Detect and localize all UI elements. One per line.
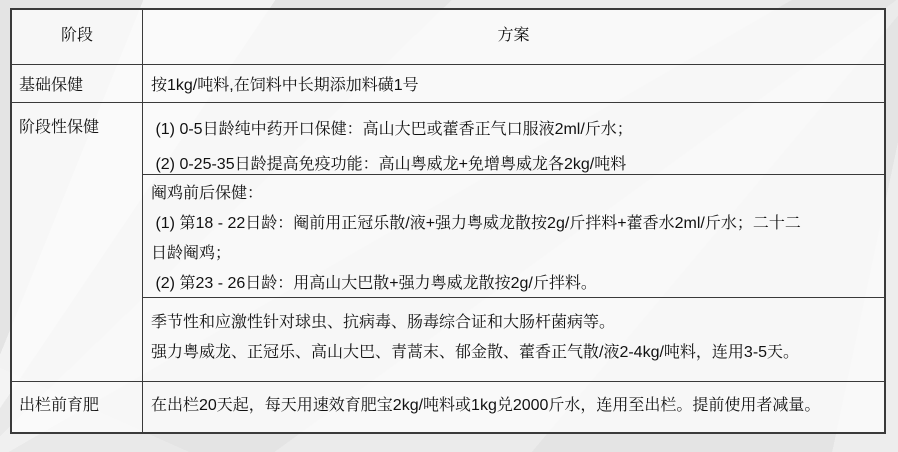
plan-cell-seasonal-care: 季节性和应激性针对球虫、抗病毒、肠毒综合证和大肠杆菌病等。 强力粤威龙、正冠乐、… [142, 297, 884, 381]
plan-text: 按1kg/吨料,在饲料中长期添加料磺1号 [151, 72, 419, 95]
stage-cell-fattening: 出栏前育肥 [12, 381, 142, 432]
plan-text-line: (1) 第18 - 22日龄：阉前用正冠乐散/液+强力粤威龙散按2g/斤拌料+藿… [151, 209, 876, 239]
plan-text-line: 阉鸡前后保健： [151, 179, 876, 209]
stage-cell-staged-care: 阶段性保健 [12, 102, 142, 381]
plan-text-line: 强力粤威龙、正冠乐、高山大巴、青蒿末、郁金散、藿香正气散/液2-4kg/吨料，连… [151, 338, 876, 368]
plan-text-line: 日龄阉鸡； [151, 239, 876, 269]
plan-text-line: 季节性和应激性针对球虫、抗病毒、肠毒综合证和大肠杆菌病等。 [151, 308, 876, 338]
stage-cell-basic-care: 基础保健 [12, 64, 142, 102]
header-plan-label: 方案 [497, 22, 529, 45]
page-background: 阶段 方案 基础保健 按1kg/吨料,在饲料中长期添加料磺1号 阶段性保健 (1… [0, 0, 898, 452]
stage-label: 基础保健 [19, 72, 83, 95]
header-stage-label: 阶段 [61, 22, 93, 45]
healthcare-plan-table: 阶段 方案 基础保健 按1kg/吨料,在饲料中长期添加料磺1号 阶段性保健 (1… [10, 8, 886, 434]
stage-label: 出栏前育肥 [19, 397, 99, 414]
plan-text-line: (1) 0-5日龄纯中药开口保健：高山大巴或藿香正气口服液2ml/斤水； [151, 112, 876, 147]
plan-cell-fattening: 在出栏20天起，每天用速效育肥宝2kg/吨料或1kg兑2000斤水，连用至出栏。… [142, 381, 884, 432]
header-cell-stage: 阶段 [12, 10, 142, 64]
plan-cell-caponize-care: 阉鸡前后保健： (1) 第18 - 22日龄：阉前用正冠乐散/液+强力粤威龙散按… [142, 174, 884, 297]
stage-label: 阶段性保健 [19, 119, 99, 136]
plan-cell-basic-care: 按1kg/吨料,在饲料中长期添加料磺1号 [142, 64, 884, 102]
plan-cell-opening-care: (1) 0-5日龄纯中药开口保健：高山大巴或藿香正气口服液2ml/斤水； (2)… [142, 102, 884, 174]
plan-text: 在出栏20天起，每天用速效育肥宝2kg/吨料或1kg兑2000斤水，连用至出栏。… [151, 392, 876, 415]
plan-text-line: (2) 第23 - 26日龄：用高山大巴散+强力粤威龙散按2g/斤拌料。 [151, 269, 876, 299]
header-cell-plan: 方案 [142, 10, 884, 64]
